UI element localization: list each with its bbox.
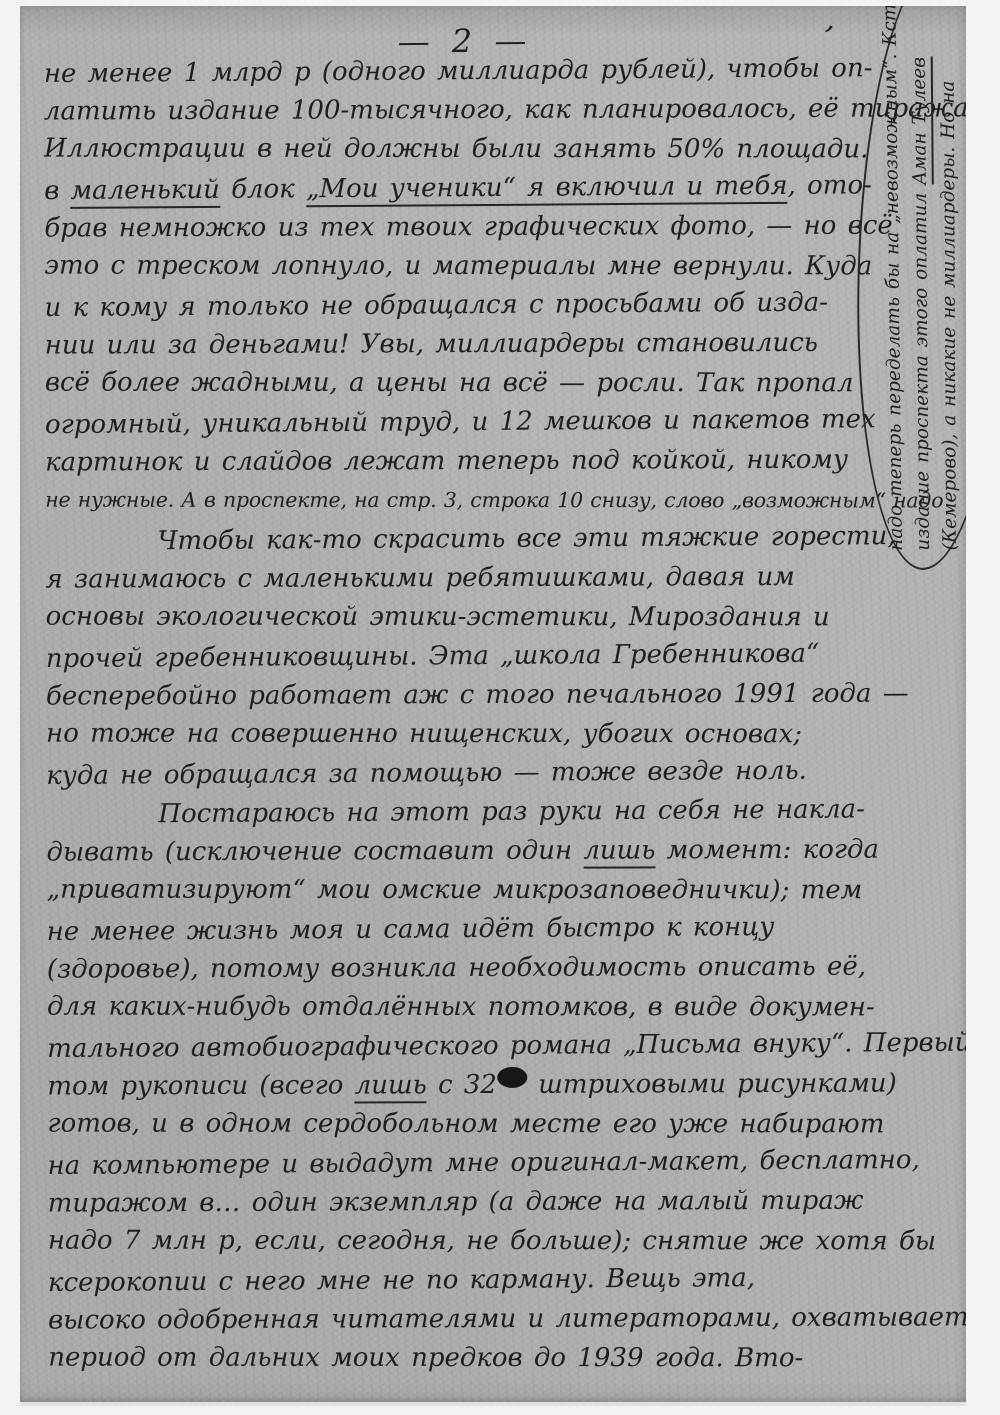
text-segment: тального автобиографического романа „Пис… (47, 1028, 966, 1064)
text-line: не менее 1 млрд р (одного миллиарда рубл… (44, 49, 920, 94)
text-line: готов, и в одном сердобольном месте его … (47, 1105, 923, 1145)
text-line: в маленький блок „Мои ученики“ я включил… (44, 166, 920, 211)
text-segment: основы экологической этики-эстетики, Мир… (46, 602, 830, 633)
underlined-text: „Мои ученики“ я включил и тебя (306, 171, 788, 207)
text-line: высоко одобренная читателями и литератор… (48, 1298, 924, 1340)
text-segment: куда не обращался за помощью — тоже везд… (46, 756, 807, 791)
ink-blot: мя (497, 1067, 527, 1088)
text-segment: дывать (исключение составит один (46, 836, 583, 868)
text-line: (Кемерово), а никакие не миллиардеры. Но… (934, 6, 964, 550)
text-segment: огромный, уникальный труд, и 12 мешков и… (45, 404, 876, 440)
text-line: не менее жизнь моя и сама идёт быстро к … (47, 907, 923, 952)
paragraph: Постараюсь на этот раз руки на себя не н… (46, 791, 924, 1379)
text-segment: Чтобы как-то скрасить все эти тяжкие гор… (157, 521, 895, 556)
text-segment: надо 7 млн р, если, сегодня, не больше);… (48, 1226, 936, 1257)
text-segment: я занимаюсь с маленькими ребятишками, да… (45, 562, 794, 595)
text-line: куда не обращался за помощью — тоже везд… (46, 751, 922, 796)
scanned-letter-page: { "page": { "number_display": "— 2 —", "… (0, 0, 1000, 1415)
text-segment: тиражом в… один экземпляр (а даже на мал… (48, 1186, 864, 1219)
text-segment: с 32 (427, 1070, 497, 1100)
text-line: (здоровье), потому возникла необходимост… (47, 947, 923, 989)
text-line: бесперебойно работает аж с того печально… (46, 674, 922, 716)
letter-paper: — 2 — ’ не менее 1 млрд р (одного миллиа… (20, 6, 966, 1402)
text-line: но тоже на совершенно нищенских, убогих … (46, 715, 922, 755)
text-segment: но тоже на совершенно нищенских, убогих … (46, 719, 802, 750)
text-line: ксерокопии с него мне не по карману. Вещ… (48, 1258, 924, 1303)
text-segment: на компьютере и выдадут мне оригинал-мак… (47, 1145, 919, 1181)
text-line: огромный, уникальный труд, и 12 мешков и… (45, 400, 921, 445)
text-line: картинок и слайдов лежат теперь под койк… (45, 440, 921, 482)
text-segment: надо теперь переделать бы на „невозможны… (879, 6, 907, 551)
text-segment: (здоровье), потому возникла необходимост… (47, 952, 866, 985)
text-segment: блок (220, 174, 306, 205)
text-segment: картинок и слайдов лежат теперь под койк… (45, 445, 848, 478)
text-line: и к кому я только не обращался с просьба… (44, 283, 920, 328)
text-segment: для каких-нибудь отдалённых потомков, в … (47, 992, 875, 1023)
text-line: основы экологической этики-эстетики, Мир… (46, 598, 922, 638)
text-segment: не менее жизнь моя и сама идёт быстро к … (47, 912, 775, 947)
text-line: я занимаюсь с маленькими ребятишками, да… (45, 557, 921, 599)
text-line: Иллюстрации в ней должны были занять 50%… (44, 130, 920, 170)
text-line: это с треском лопнуло, и материалы мне в… (44, 247, 920, 287)
text-line: нии или за деньгами! Увы, миллиардеры ст… (45, 323, 921, 365)
text-segment: бесперебойно работает аж с того печально… (46, 679, 909, 712)
text-line: Чтобы как-то скрасить все эти тяжкие гор… (45, 517, 921, 562)
margin-note: надо теперь переделать бы на „невозможны… (877, 6, 966, 551)
text-segment: издание проспекта этого оплатил (910, 185, 934, 551)
text-segment: в (44, 176, 71, 206)
text-segment: и к кому я только не обращался с просьба… (44, 288, 828, 323)
text-segment: момент: когда (655, 835, 879, 866)
paragraph: не менее 1 млрд р (одного миллиарда рубл… (44, 50, 922, 521)
text-segment: не нужные. А в проспекте, на стр. 3, стр… (45, 488, 943, 513)
underlined-text: лишь (355, 1070, 427, 1103)
text-line: всё более жадными, а цены на всё — росли… (45, 364, 921, 404)
text-segment: Иллюстрации в ней должны были занять 50%… (44, 134, 868, 165)
text-line: тального автобиографического романа „Пис… (47, 1024, 923, 1069)
text-line: „приватизируют“ мои омские микрозаповедн… (47, 871, 923, 911)
text-line: прочей гребенниковщины. Эта „школа Гребе… (46, 634, 922, 679)
text-line: на компьютере и выдадут мне оригинал-мак… (47, 1141, 923, 1186)
text-line: латить издание 100-тысячного, как планир… (44, 89, 920, 131)
text-line: для каких-нибудь отдалённых потомков, в … (47, 988, 923, 1028)
paragraph: Чтобы как-то скрасить все эти тяжкие гор… (45, 518, 922, 794)
text-segment: всё более жадными, а цены на всё — росли… (45, 368, 854, 399)
text-line: том рукописи (всего лишь с 32мя штриховы… (47, 1064, 923, 1106)
text-segment: ксерокопии с него мне не по карману. Вещ… (48, 1263, 755, 1298)
text-segment: период от дальних моих предков до 1939 г… (48, 1343, 803, 1374)
text-line: период от дальних моих предков до 1939 г… (48, 1339, 924, 1379)
text-line: тиражом в… один экземпляр (а даже на мал… (48, 1181, 924, 1223)
text-segment: высоко одобренная читателями и литератор… (48, 1302, 966, 1335)
underlined-text: лишь (583, 835, 655, 868)
text-segment: это с треском лопнуло, и материалы мне в… (44, 251, 872, 282)
text-segment: , ото- (787, 170, 871, 201)
text-segment: Постараюсь на этот раз руки на себя не н… (158, 794, 865, 829)
text-line: Постараюсь на этот раз руки на себя не н… (46, 790, 922, 835)
text-segment: нии или за деньгами! Увы, миллиардеры ст… (45, 328, 818, 361)
text-segment: штриховыми рисунками) (527, 1069, 897, 1100)
underlined-text: маленький (70, 175, 220, 209)
text-segment: готов, и в одном сердобольном месте его … (47, 1109, 884, 1140)
text-segment: не менее 1 млрд р (одного миллиарда рубл… (44, 53, 873, 89)
text-segment: том рукописи (всего (47, 1070, 354, 1101)
text-segment: прочей гребенниковщины. Эта „школа Гребе… (46, 639, 820, 674)
text-segment: латить издание 100-тысячного, как планир… (44, 93, 966, 126)
letter-body: не менее 1 млрд р (одного миллиарда рубл… (44, 50, 925, 1379)
underlined-text: Аман Тулеев (909, 57, 934, 185)
text-line: не нужные. А в проспекте, на стр. 3, стр… (45, 481, 921, 521)
text-segment: „приватизируют“ мои омские микрозаповедн… (47, 875, 863, 906)
text-line: издание проспекта этого оплатил Аман Тул… (905, 6, 938, 551)
text-line: надо 7 млн р, если, сегодня, не больше);… (48, 1222, 924, 1262)
text-line: дывать (исключение составит один лишь мо… (46, 830, 922, 872)
text-segment: брав немножко из тех твоих графических ф… (44, 211, 893, 244)
text-line: брав немножко из тех твоих графических ф… (44, 206, 920, 248)
text-segment: (Кемерово), а никакие не миллиардеры. Но… (938, 81, 961, 551)
